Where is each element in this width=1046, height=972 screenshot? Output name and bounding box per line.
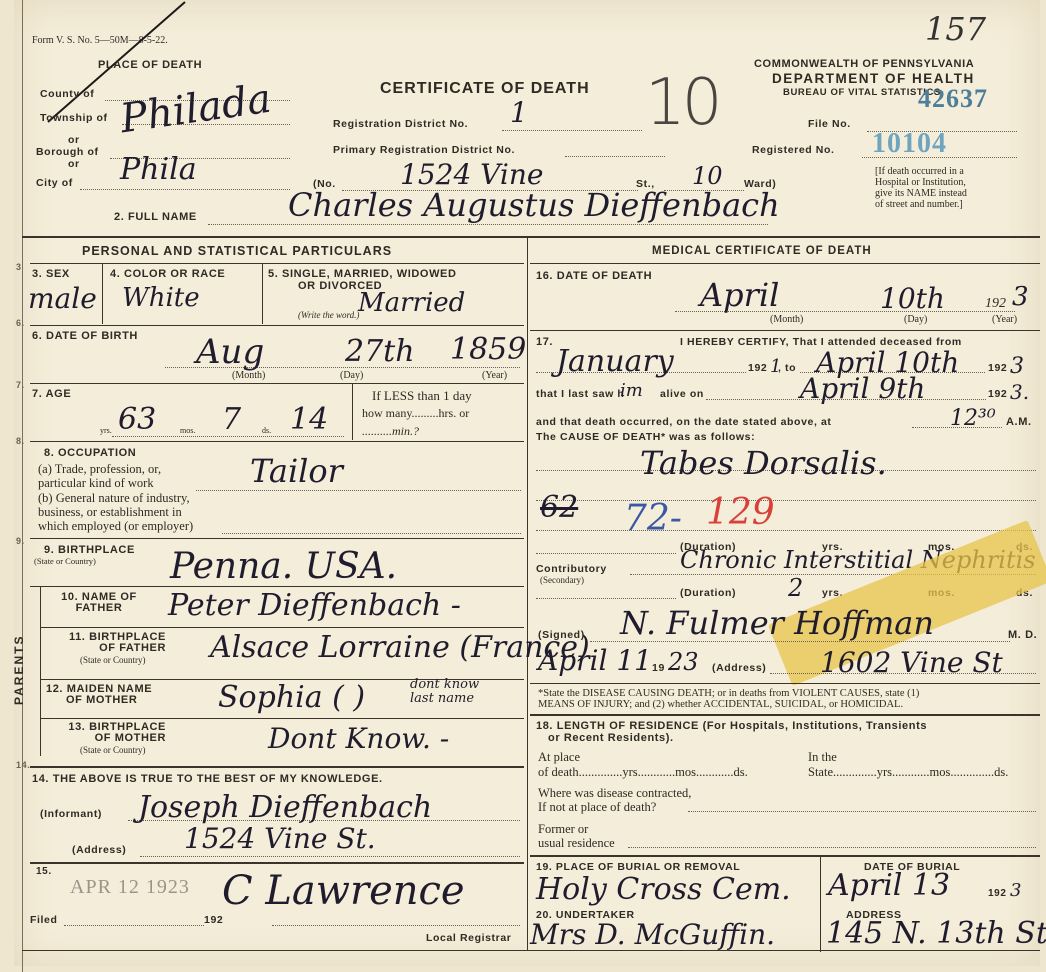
- address-label: (Address): [72, 844, 126, 856]
- rule: [527, 950, 1040, 951]
- mother-name-value: Sophia ( ): [218, 680, 365, 715]
- signed-value: N. Fulmer Hoffman: [620, 604, 934, 642]
- mos-caption: mos.: [180, 426, 195, 435]
- contrib-duration-label: (Duration): [680, 587, 736, 599]
- age-years: 63: [118, 402, 156, 437]
- rule: [222, 533, 521, 534]
- disease-contracted: Where was disease contracted,If not at p…: [538, 786, 691, 814]
- rule: [30, 441, 524, 442]
- column-divider: [527, 236, 528, 951]
- father-bp-value: Alsace Lorraine (France): [210, 630, 590, 665]
- rule: [352, 384, 353, 440]
- footnote: *State the DISEASE CAUSING DEATH; or in …: [538, 688, 919, 710]
- last-saw-pronoun: im: [620, 380, 643, 401]
- township-label: Township of: [40, 112, 108, 124]
- rule: [530, 683, 1040, 684]
- registered-no-label: Registered No.: [752, 144, 835, 156]
- code-blue: 72-: [624, 498, 682, 539]
- dod-day: 10th: [880, 282, 945, 315]
- rule: [688, 811, 1036, 812]
- marital-hint: (Write the word.): [298, 310, 359, 320]
- primary-reg-line: [565, 156, 665, 157]
- rule: [628, 847, 1036, 848]
- registered-no-value: 10104: [872, 128, 947, 160]
- parents-side-label: PARENTS: [12, 635, 26, 705]
- rule: [140, 856, 520, 857]
- cause-label: The CAUSE OF DEATH* was as follows:: [536, 431, 755, 443]
- margin-number: 9.: [16, 536, 25, 546]
- filed-stamp: APR 12 1923: [70, 876, 190, 899]
- signed-label: (Signed): [538, 629, 585, 641]
- marital-label-1: 5. SINGLE, MARRIED, WIDOWED: [268, 268, 457, 280]
- less-than-1: If LESS than 1 day: [372, 388, 472, 404]
- former-residence: Former orusual residence: [538, 822, 615, 850]
- rule: [40, 586, 41, 756]
- burial-year-prefix: 192: [988, 888, 1007, 899]
- undertaker-value: Mrs D. McGuffin.: [530, 918, 775, 951]
- primary-reg-label: Primary Registration District No.: [333, 144, 515, 156]
- rule: [530, 330, 1040, 331]
- year-caption: (Year): [482, 370, 507, 381]
- father-bp-hint: (State or Country): [80, 655, 146, 665]
- informant-label: (Informant): [40, 808, 102, 820]
- filed-year-prefix: 192: [204, 914, 223, 926]
- time-value: 12³⁰: [950, 406, 996, 431]
- race-label: 4. COLOR OR RACE: [110, 268, 225, 280]
- reg-district-value: 1: [510, 96, 528, 129]
- registrar-label: Local Registrar: [426, 932, 511, 944]
- full-name-value: Charles Augustus Dieffenbach: [288, 186, 780, 224]
- ds-caption: ds.: [262, 426, 271, 435]
- in-the-state: In theState..............yrs............…: [808, 750, 1008, 780]
- filed-label: Filed: [30, 914, 58, 926]
- last-saw-date: April 9th: [800, 372, 925, 405]
- mother-bp-value: Dont Know. -: [268, 722, 449, 755]
- rule: [272, 925, 520, 926]
- race-value: White: [122, 283, 200, 313]
- dob-month: Aug: [196, 332, 264, 372]
- burial-date-value: April 13: [828, 868, 950, 903]
- margin-number: 3: [16, 262, 22, 272]
- dod-year-prefix: 192: [985, 296, 1006, 312]
- from-year-prefix: 192: [748, 362, 767, 374]
- dod-day-caption: (Day): [904, 314, 927, 325]
- borough-label: Borough of: [36, 146, 99, 158]
- margin-number: 7.: [16, 380, 25, 390]
- last-saw-year-prefix: 192: [988, 388, 1007, 400]
- dob-year: 1859: [450, 332, 526, 367]
- code-red: 129: [706, 492, 775, 533]
- less-than-3: ..........min.?: [362, 424, 419, 439]
- sign-address-label: (Address): [712, 662, 766, 674]
- occupation-instructions: (a) Trade, profession, or, particular ki…: [38, 462, 193, 533]
- rule: [820, 857, 821, 952]
- or-2: or: [68, 158, 80, 170]
- reg-district-label: Registration District No.: [333, 118, 468, 130]
- mother-name-note: dont knowlast name: [410, 678, 479, 706]
- rule: [530, 714, 1040, 716]
- hospital-note: [If death occurred in a Hospital or Inst…: [875, 166, 967, 210]
- dod-year-digit: 3: [1012, 282, 1029, 312]
- margin-number: 8.: [16, 436, 25, 446]
- contributory-label: Contributory: [536, 563, 607, 575]
- secondary-label: (Secondary): [540, 575, 584, 585]
- at-place-of-death: At placeof death..............yrs.......…: [538, 750, 748, 780]
- dod-month-caption: (Month): [770, 314, 803, 325]
- burial-value: Holy Cross Cem.: [536, 872, 791, 907]
- dod-label: 16. DATE OF DEATH: [536, 270, 652, 282]
- father-name-label: 10. NAME OFFATHER: [54, 592, 144, 614]
- birthplace-hint: (State or Country): [34, 556, 96, 566]
- rule: [30, 538, 524, 539]
- address-value: 1524 Vine St.: [184, 822, 376, 855]
- sign-date: April 11: [538, 644, 652, 677]
- registrar-signature: C Lawrence: [222, 868, 465, 914]
- rule: [536, 553, 676, 554]
- rule: [536, 598, 676, 599]
- rule: [30, 263, 524, 264]
- commonwealth-heading: COMMONWEALTH OF PENNSYLVANIA: [754, 58, 974, 70]
- filed-num: 15.: [36, 866, 52, 877]
- rule: [30, 325, 524, 326]
- contrib-duration-yrs: 2: [788, 574, 803, 602]
- margin-number: 6.: [16, 318, 25, 328]
- mother-bp-hint: (State or Country): [80, 745, 146, 755]
- city-label: City of: [36, 177, 73, 189]
- father-name-value: Peter Dieffenbach -: [168, 588, 461, 623]
- burial-year-digit: 3: [1010, 880, 1021, 901]
- last-saw-label: that I last saw h: [536, 388, 624, 400]
- stamp-number: 42637: [918, 84, 988, 114]
- rule: [40, 627, 524, 628]
- rule: [262, 264, 263, 324]
- rule: [30, 383, 524, 384]
- occurred-text: and that death occurred, on the date sta…: [536, 416, 832, 428]
- rule: [30, 862, 524, 864]
- personal-heading: PERSONAL AND STATISTICAL PARTICULARS: [82, 244, 392, 258]
- sign-address-value: 1602 Vine St: [820, 646, 1003, 679]
- undertaker-address-value: 145 N. 13th St.: [826, 916, 1046, 951]
- file-no-label: File No.: [808, 118, 851, 130]
- rule: [40, 718, 524, 719]
- marital-value: Married: [358, 288, 465, 318]
- rule: [536, 530, 1036, 531]
- month-caption: (Month): [232, 370, 265, 381]
- age-days: 14: [290, 402, 328, 437]
- father-bp-label: 11. BIRTHPLACEOF FATHER: [46, 632, 166, 654]
- rule: [536, 500, 1036, 501]
- left-margin-line: [22, 0, 23, 972]
- full-name-line: [208, 224, 768, 225]
- city-value: Phila: [120, 152, 197, 187]
- rule: [30, 766, 524, 768]
- county-label: County of: [40, 88, 94, 100]
- city-line: [80, 189, 290, 190]
- sex-label: 3. SEX: [32, 268, 70, 280]
- dod-year-caption: (Year): [992, 314, 1017, 325]
- sign-year-value: 23: [668, 648, 699, 676]
- last-saw-year-digit: 3.: [1010, 380, 1029, 404]
- place-of-death-heading: PLACE OF DEATH: [98, 59, 202, 71]
- to-label: , to: [778, 362, 796, 374]
- dob-day: 27th: [345, 334, 415, 369]
- certify-num: 17.: [536, 336, 553, 348]
- birthplace-label: 9. BIRTHPLACE: [44, 544, 135, 556]
- rule: [30, 586, 524, 587]
- big-number-10: 10: [645, 66, 718, 140]
- birthplace-value: Penna. USA.: [170, 546, 397, 587]
- dod-month: April: [700, 276, 779, 314]
- code-crossed: 62: [540, 490, 578, 525]
- mother-bp-label: 13. BIRTHPLACEOF MOTHER: [46, 722, 166, 744]
- residence-label: 18. LENGTH OF RESIDENCE (For Hospitals, …: [536, 720, 927, 744]
- or-1: or: [68, 134, 80, 146]
- occupation-value: Tailor: [250, 452, 343, 490]
- attended-from: January: [556, 344, 674, 379]
- less-than-2: how many.........hrs. or: [362, 406, 469, 421]
- md-label: M. D.: [1008, 629, 1037, 641]
- rule: [196, 490, 521, 491]
- to-year-prefix: 192: [988, 362, 1007, 374]
- rule: [530, 263, 1040, 264]
- true-statement: 14. THE ABOVE IS TRUE TO THE BEST OF MY …: [32, 773, 383, 785]
- medical-heading: MEDICAL CERTIFICATE OF DEATH: [652, 245, 872, 257]
- sign-year-prefix: 19: [652, 662, 665, 674]
- dob-label: 6. DATE OF BIRTH: [32, 330, 138, 342]
- yrs-caption: yrs.: [100, 426, 112, 435]
- to-year-digit: 3: [1010, 354, 1024, 379]
- mother-name-label: 12. MAIDEN NAMEOF MOTHER: [46, 684, 152, 706]
- informant-value: Joseph Dieffenbach: [138, 790, 432, 825]
- rule: [64, 925, 204, 926]
- age-label: 7. AGE: [32, 388, 71, 400]
- rule: [102, 264, 103, 324]
- rule: [22, 950, 527, 951]
- sex-value: male: [28, 282, 97, 315]
- corner-mark: 157: [925, 10, 986, 48]
- age-months: 7: [222, 402, 241, 437]
- am-label: A.M.: [1006, 416, 1032, 428]
- header-divider: [22, 236, 1040, 238]
- rule: [530, 855, 1040, 857]
- margin-number: 14.: [16, 760, 30, 770]
- cause-value: Tabes Dorsalis.: [640, 444, 887, 482]
- alive-on-label: alive on: [660, 388, 704, 400]
- reg-district-line: [502, 130, 642, 131]
- occupation-label: 8. OCCUPATION: [44, 447, 136, 459]
- certificate-title: CERTIFICATE OF DEATH: [380, 80, 590, 98]
- full-name-label: 2. FULL NAME: [114, 211, 197, 223]
- day-caption: (Day): [340, 370, 363, 381]
